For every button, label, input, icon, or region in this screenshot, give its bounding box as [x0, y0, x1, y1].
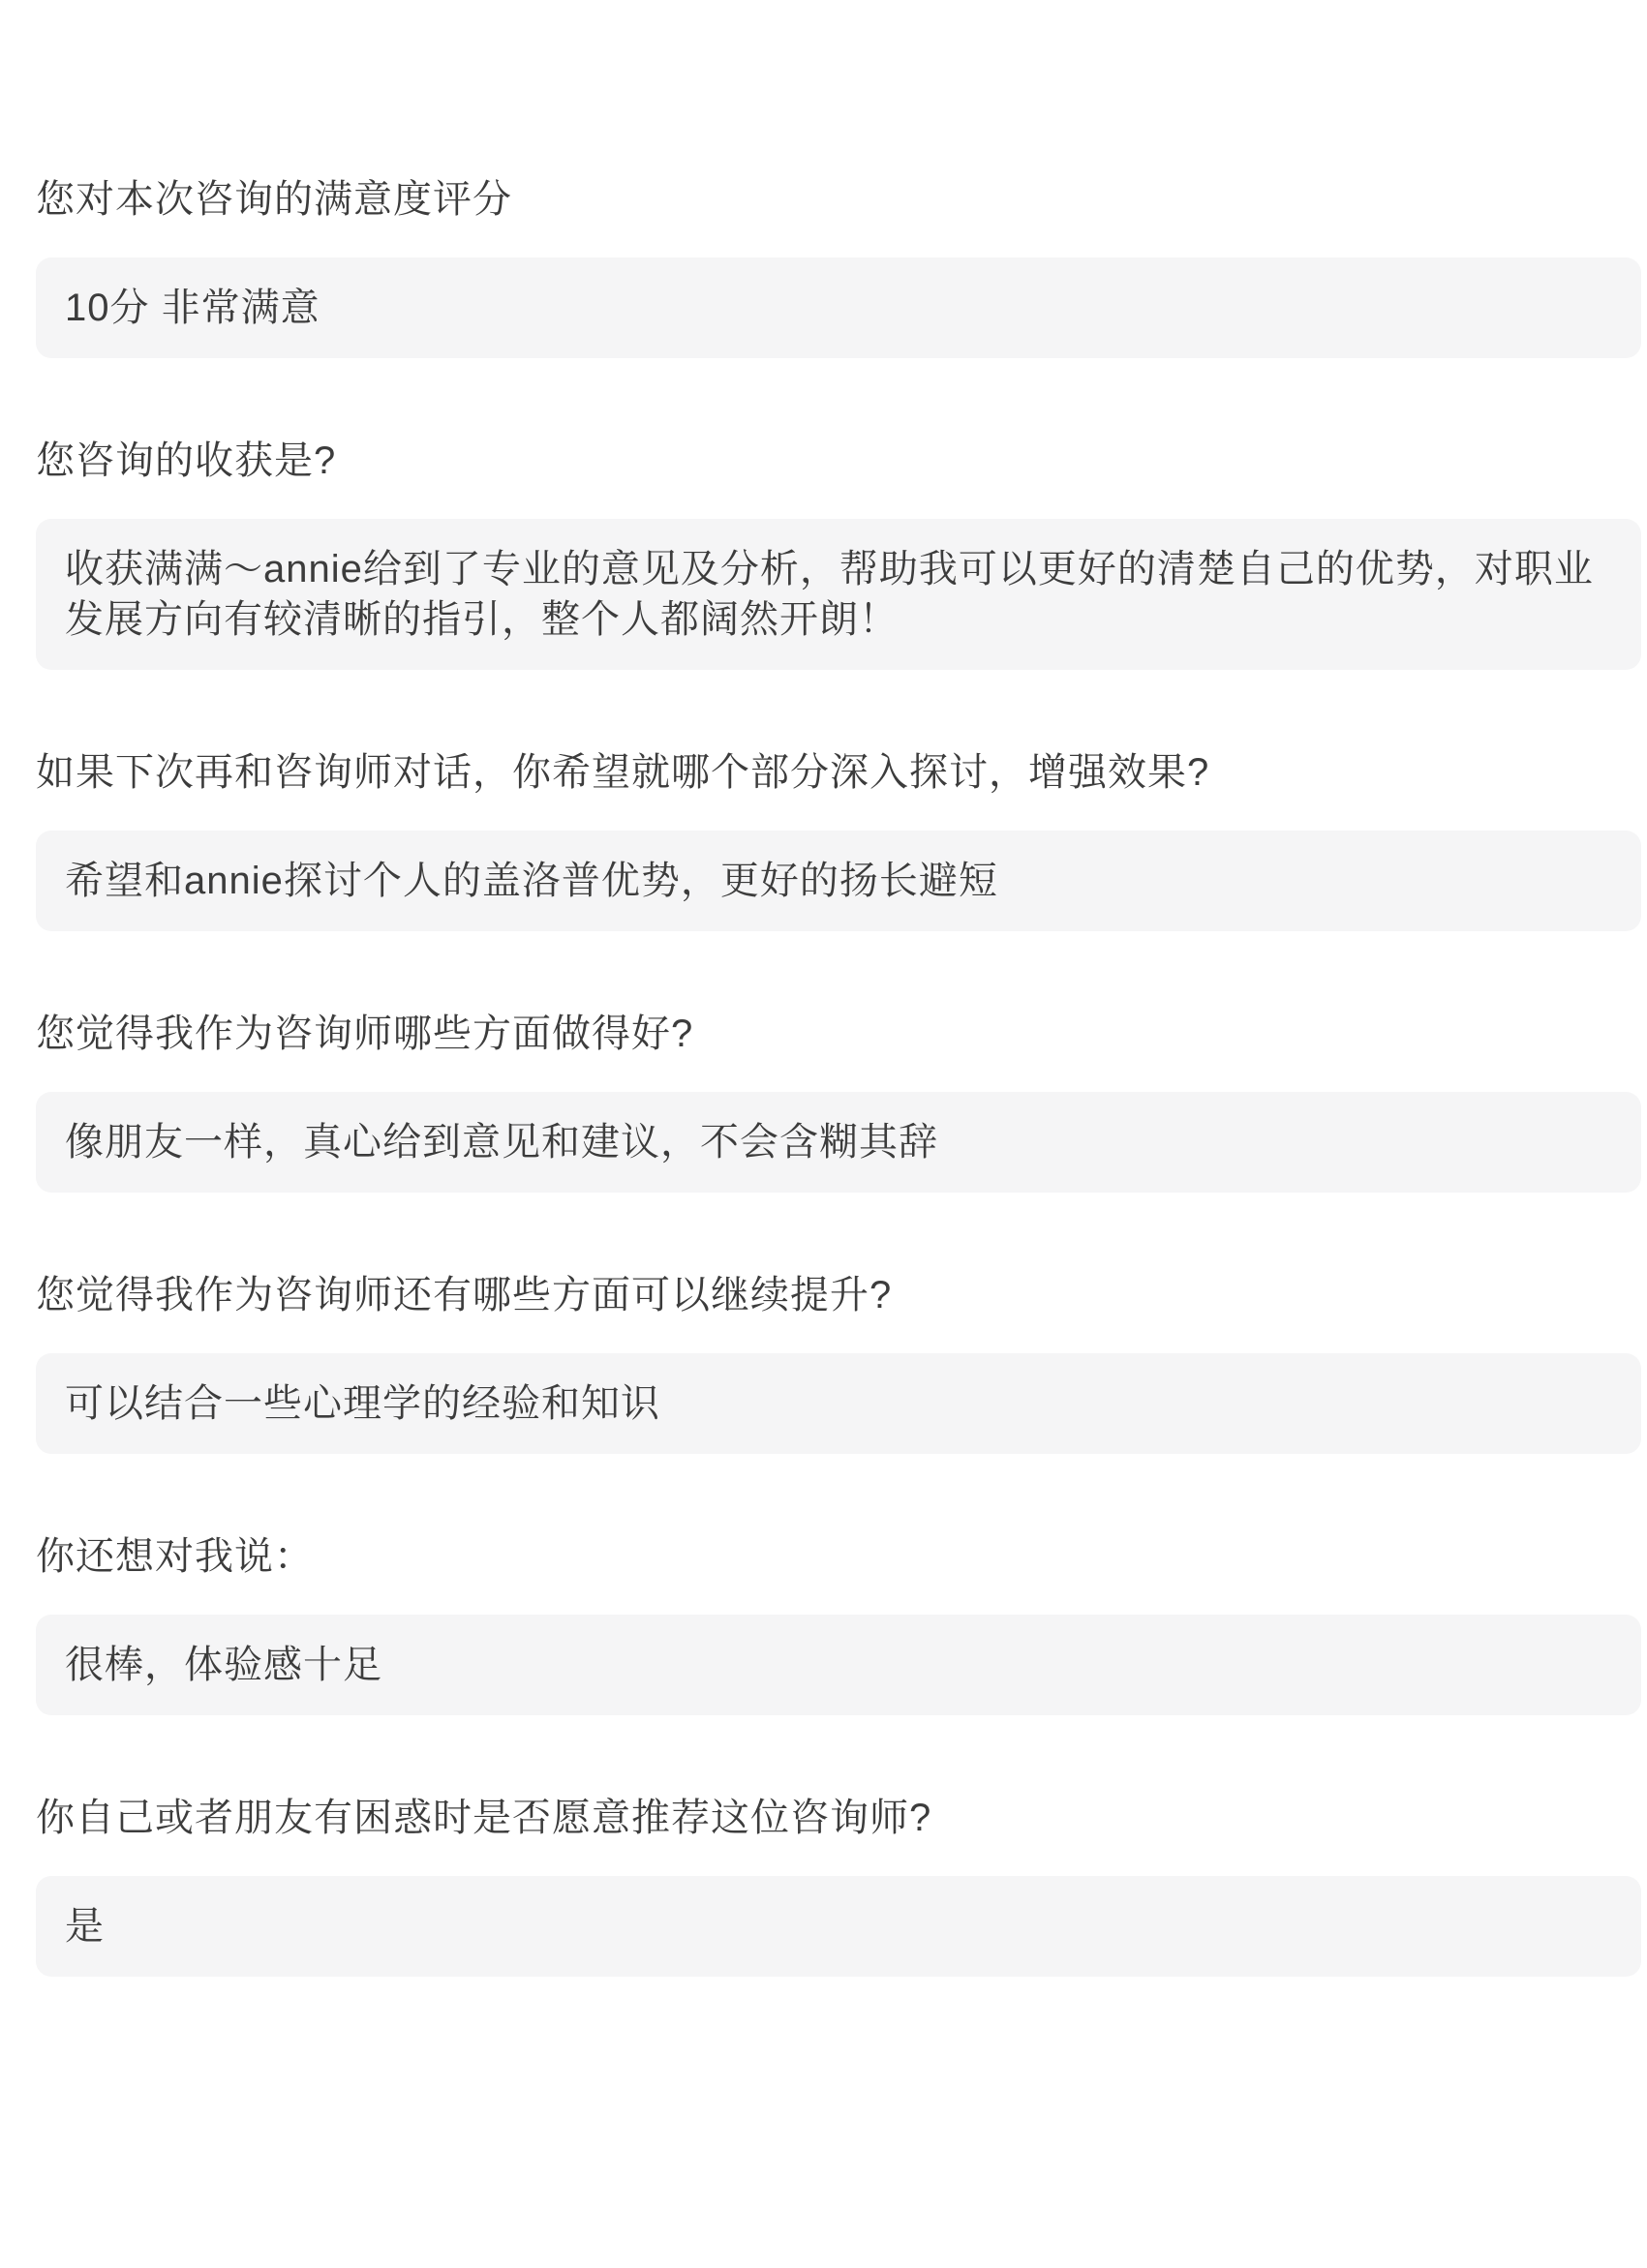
survey-item: 你自己或者朋友有困惑时是否愿意推荐这位咨询师? 是 [36, 1797, 1641, 1977]
question-label: 你还想对我说： [36, 1535, 1641, 1578]
survey-item: 你还想对我说： 很棒，体验感十足 [36, 1535, 1641, 1715]
survey-item: 您觉得我作为咨询师还有哪些方面可以继续提升? 可以结合一些心理学的经验和知识 [36, 1274, 1641, 1454]
answer-text: 可以结合一些心理学的经验和知识 [65, 1382, 660, 1425]
answer-box[interactable]: 像朋友一样，真心给到意见和建议，不会含糊其辞 [36, 1092, 1641, 1193]
question-label: 你自己或者朋友有困惑时是否愿意推荐这位咨询师? [36, 1797, 1641, 1839]
survey-item: 您咨询的收获是? 收获满满～annie给到了专业的意见及分析，帮助我可以更好的清… [36, 439, 1641, 670]
survey-results-page: 您对本次咨询的满意度评分 10分 非常满意 您咨询的收获是? 收获满满～anni… [0, 0, 1647, 1977]
question-label: 您咨询的收获是? [36, 439, 1641, 482]
answer-text: 是 [65, 1905, 105, 1948]
answer-text: 希望和annie探讨个人的盖洛普优势，更好的扬长避短 [65, 860, 998, 902]
answer-box[interactable]: 希望和annie探讨个人的盖洛普优势，更好的扬长避短 [36, 831, 1641, 931]
survey-item: 您对本次咨询的满意度评分 10分 非常满意 [36, 178, 1641, 358]
question-label: 您对本次咨询的满意度评分 [36, 178, 1641, 221]
question-label: 如果下次再和咨询师对话，你希望就哪个部分深入探讨，增强效果? [36, 751, 1641, 794]
answer-text: 10分 非常满意 [65, 287, 320, 329]
survey-item: 您觉得我作为咨询师哪些方面做得好? 像朋友一样，真心给到意见和建议，不会含糊其辞 [36, 1013, 1641, 1193]
question-label: 您觉得我作为咨询师哪些方面做得好? [36, 1013, 1641, 1055]
answer-text: 收获满满～annie给到了专业的意见及分析，帮助我可以更好的清楚自己的优势，对职… [65, 548, 1594, 641]
survey-item: 如果下次再和咨询师对话，你希望就哪个部分深入探讨，增强效果? 希望和annie探… [36, 751, 1641, 931]
answer-text: 像朋友一样，真心给到意见和建议，不会含糊其辞 [65, 1121, 938, 1164]
answer-box[interactable]: 是 [36, 1876, 1641, 1977]
answer-text: 很棒，体验感十足 [65, 1644, 382, 1686]
answer-box[interactable]: 很棒，体验感十足 [36, 1615, 1641, 1715]
answer-box[interactable]: 可以结合一些心理学的经验和知识 [36, 1353, 1641, 1454]
question-label: 您觉得我作为咨询师还有哪些方面可以继续提升? [36, 1274, 1641, 1316]
answer-box[interactable]: 收获满满～annie给到了专业的意见及分析，帮助我可以更好的清楚自己的优势，对职… [36, 519, 1641, 670]
answer-box[interactable]: 10分 非常满意 [36, 257, 1641, 358]
